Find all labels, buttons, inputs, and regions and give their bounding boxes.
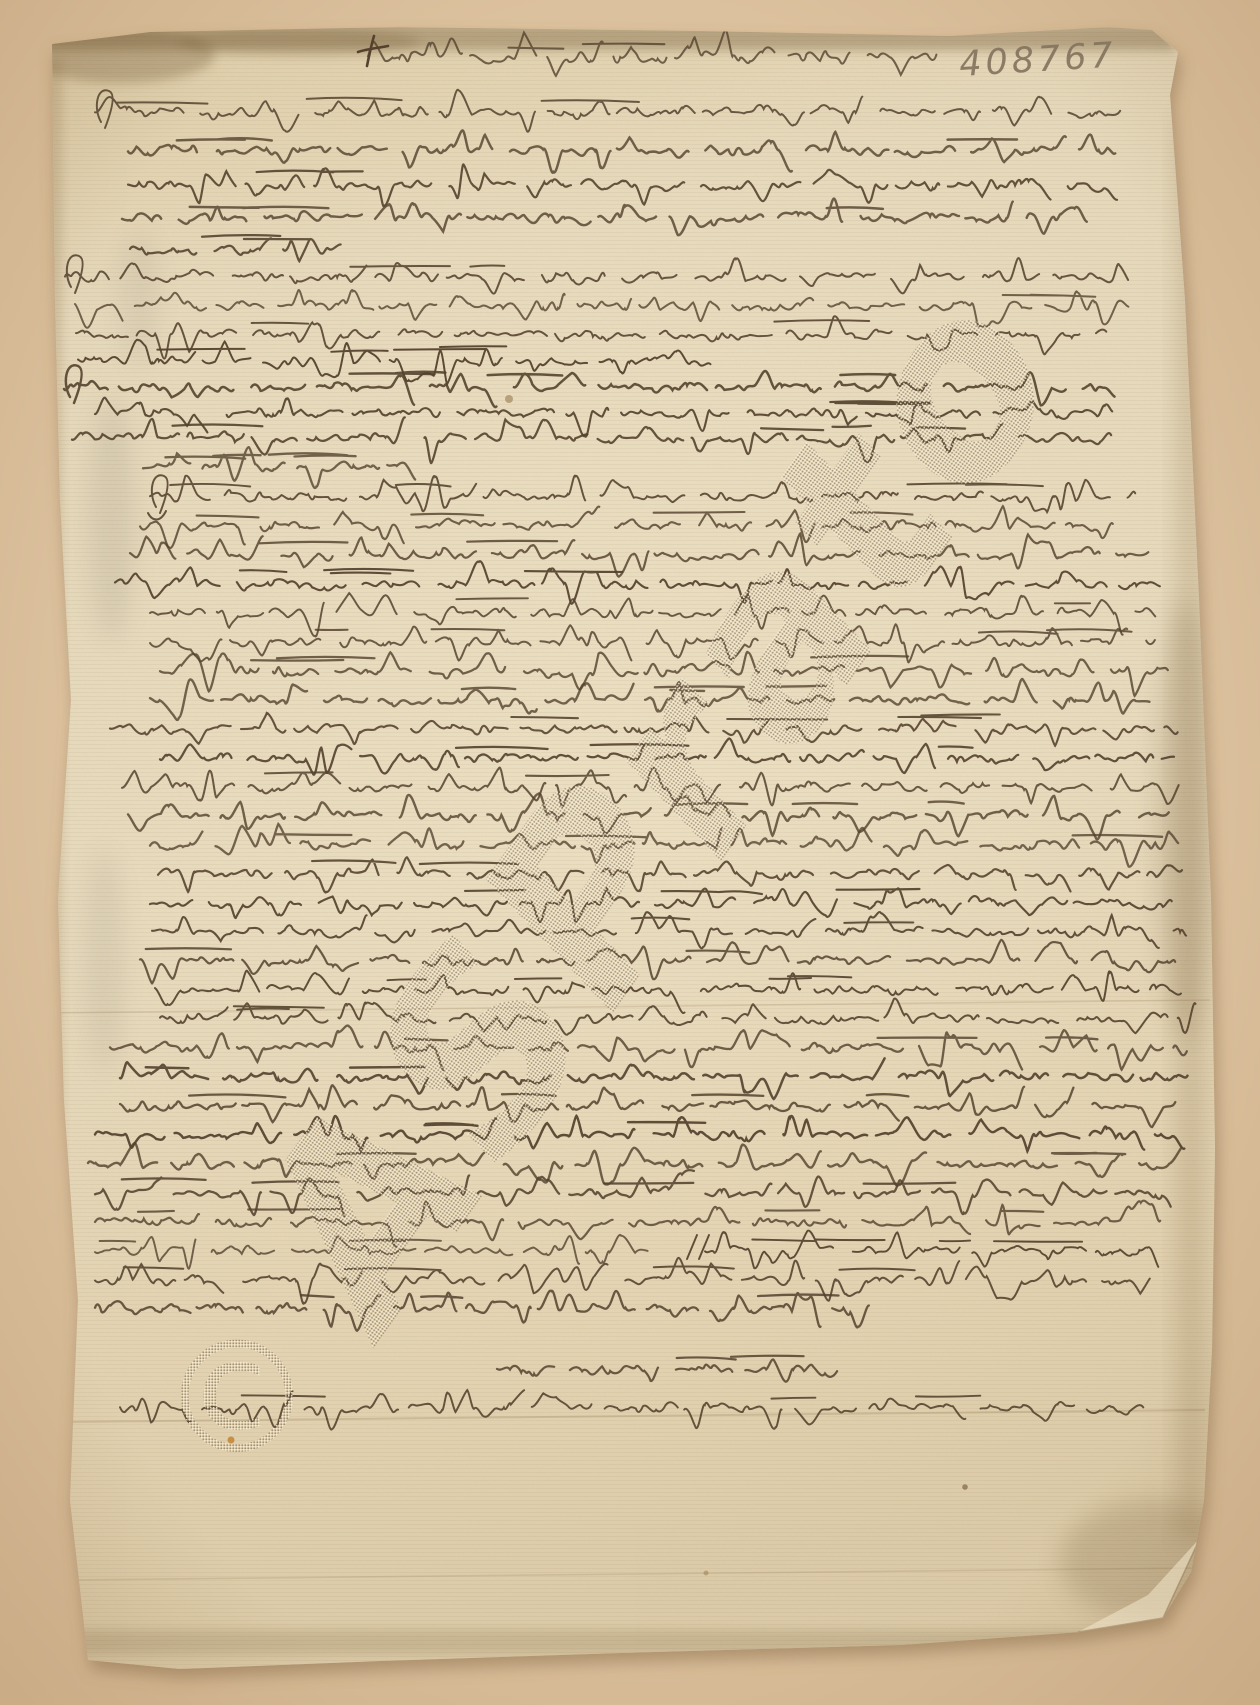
manuscript-canvas: ASPrato © 408767 <box>0 0 1260 1705</box>
copyright-icon: © <box>160 1308 315 1489</box>
manuscript-photo: ASPrato © 408767 <box>0 0 1260 1705</box>
